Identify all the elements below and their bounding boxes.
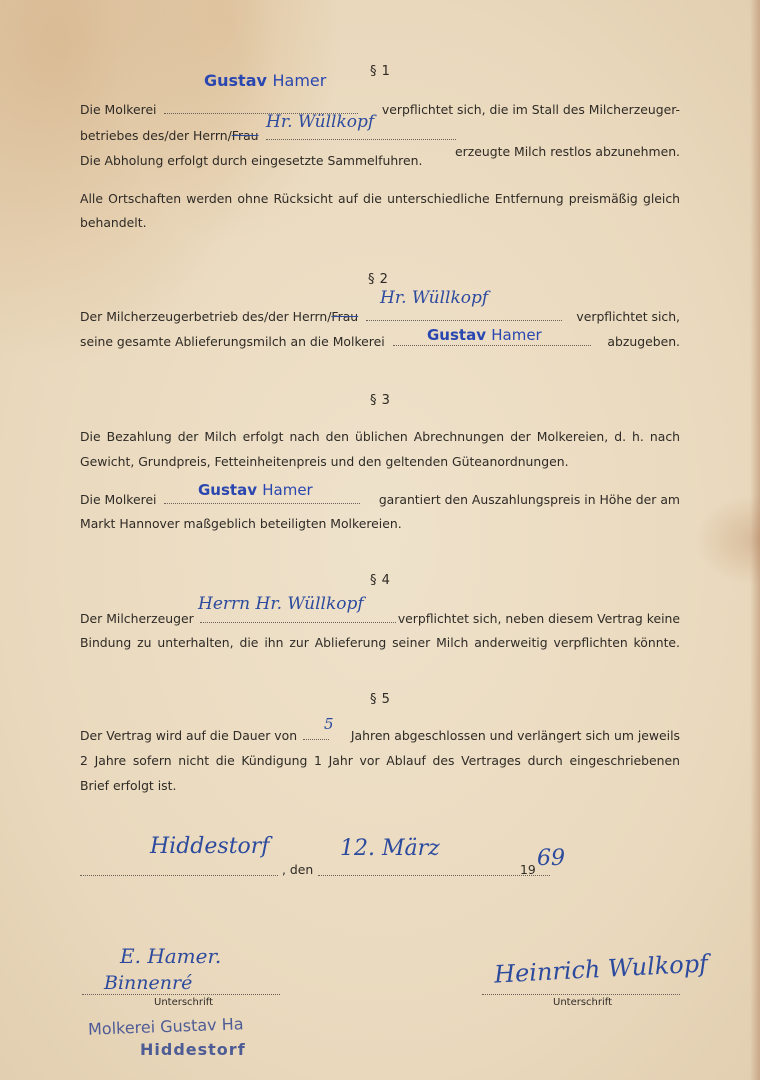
- section-mark-4: § 4: [370, 573, 390, 588]
- handwritten-date: 12. März: [340, 836, 440, 861]
- signature-left-1: E. Hamer.: [120, 944, 221, 968]
- place-blank: [80, 874, 278, 876]
- s2-line-2: seine gesamte Ablieferungsmilch an die M…: [80, 334, 680, 350]
- section-mark-5: § 5: [370, 692, 390, 707]
- handwritten-producer-1: Hr. Wüllkopf: [266, 112, 374, 132]
- dairy-stamp-2: Gustav Hamer: [427, 326, 542, 344]
- handwritten-producer-2: Hr. Wüllkopf: [380, 288, 488, 308]
- signature-line-left: [82, 993, 280, 995]
- s3-line-4: Markt Hannover maßgeblich beteiligten Mo…: [80, 516, 680, 532]
- years-blank: [303, 729, 329, 740]
- section-mark-1: § 1: [370, 64, 390, 79]
- signature-left-2: Binnenré: [104, 972, 192, 994]
- dairy-stamp-footer-2: Hiddestorf: [140, 1040, 246, 1059]
- signature-right: Heinrich Wulkopf: [493, 949, 708, 988]
- s1-line-1: Die Molkerei verpflichtet sich, die im S…: [80, 102, 680, 118]
- handwritten-place: Hiddestorf: [150, 834, 269, 859]
- signature-label-right: Unterschrift: [553, 997, 612, 1008]
- s4-line-1: Der Milcherzeuger verpflichtet sich, neb…: [80, 611, 680, 627]
- s3-line-1: Die Bezahlung der Milch erfolgt nach den…: [80, 429, 680, 445]
- s3-line-2: Gewicht, Grundpreis, Fetteinheitenpreis …: [80, 454, 680, 470]
- handwritten-year: 69: [537, 846, 565, 871]
- dairy-stamp-header: Gustav Hamer: [204, 71, 326, 90]
- s1-line-5: behandelt.: [80, 215, 680, 231]
- producer-name-blank-4: [200, 612, 396, 623]
- s3-line-3: Die Molkerei garantiert den Auszahlungsp…: [80, 492, 680, 508]
- section-mark-2: § 2: [368, 272, 388, 287]
- dairy-stamp-3: Gustav Hamer: [198, 481, 313, 499]
- s2-line-1: Der Milcherzeugerbetrieb des/der Herrn/F…: [80, 309, 680, 325]
- s1-line-3: Die Abholung erfolgt durch eingesetzte S…: [80, 153, 680, 169]
- s5-line-3: Brief erfolgt ist.: [80, 778, 680, 794]
- dairy-stamp-footer-1: Molkerei Gustav Ha: [88, 1014, 244, 1038]
- section-mark-3: § 3: [370, 393, 390, 408]
- s5-line-2: 2 Jahre sofern nicht die Kündigung 1 Jah…: [80, 753, 680, 769]
- date-blank: [318, 874, 550, 876]
- s4-line-2: Bindung zu unterhalten, die ihn zur Abli…: [80, 635, 680, 651]
- date-den-label: , den: [282, 862, 322, 878]
- signature-line-right: [482, 993, 680, 995]
- s1-line-4: Alle Ortschaften werden ohne Rücksicht a…: [80, 191, 680, 207]
- signature-label-left: Unterschrift: [154, 997, 213, 1008]
- paper-edge-shadow: [750, 0, 760, 1080]
- s5-line-1: Der Vertrag wird auf die Dauer von Jahre…: [80, 728, 680, 744]
- producer-name-blank-2: [366, 310, 562, 321]
